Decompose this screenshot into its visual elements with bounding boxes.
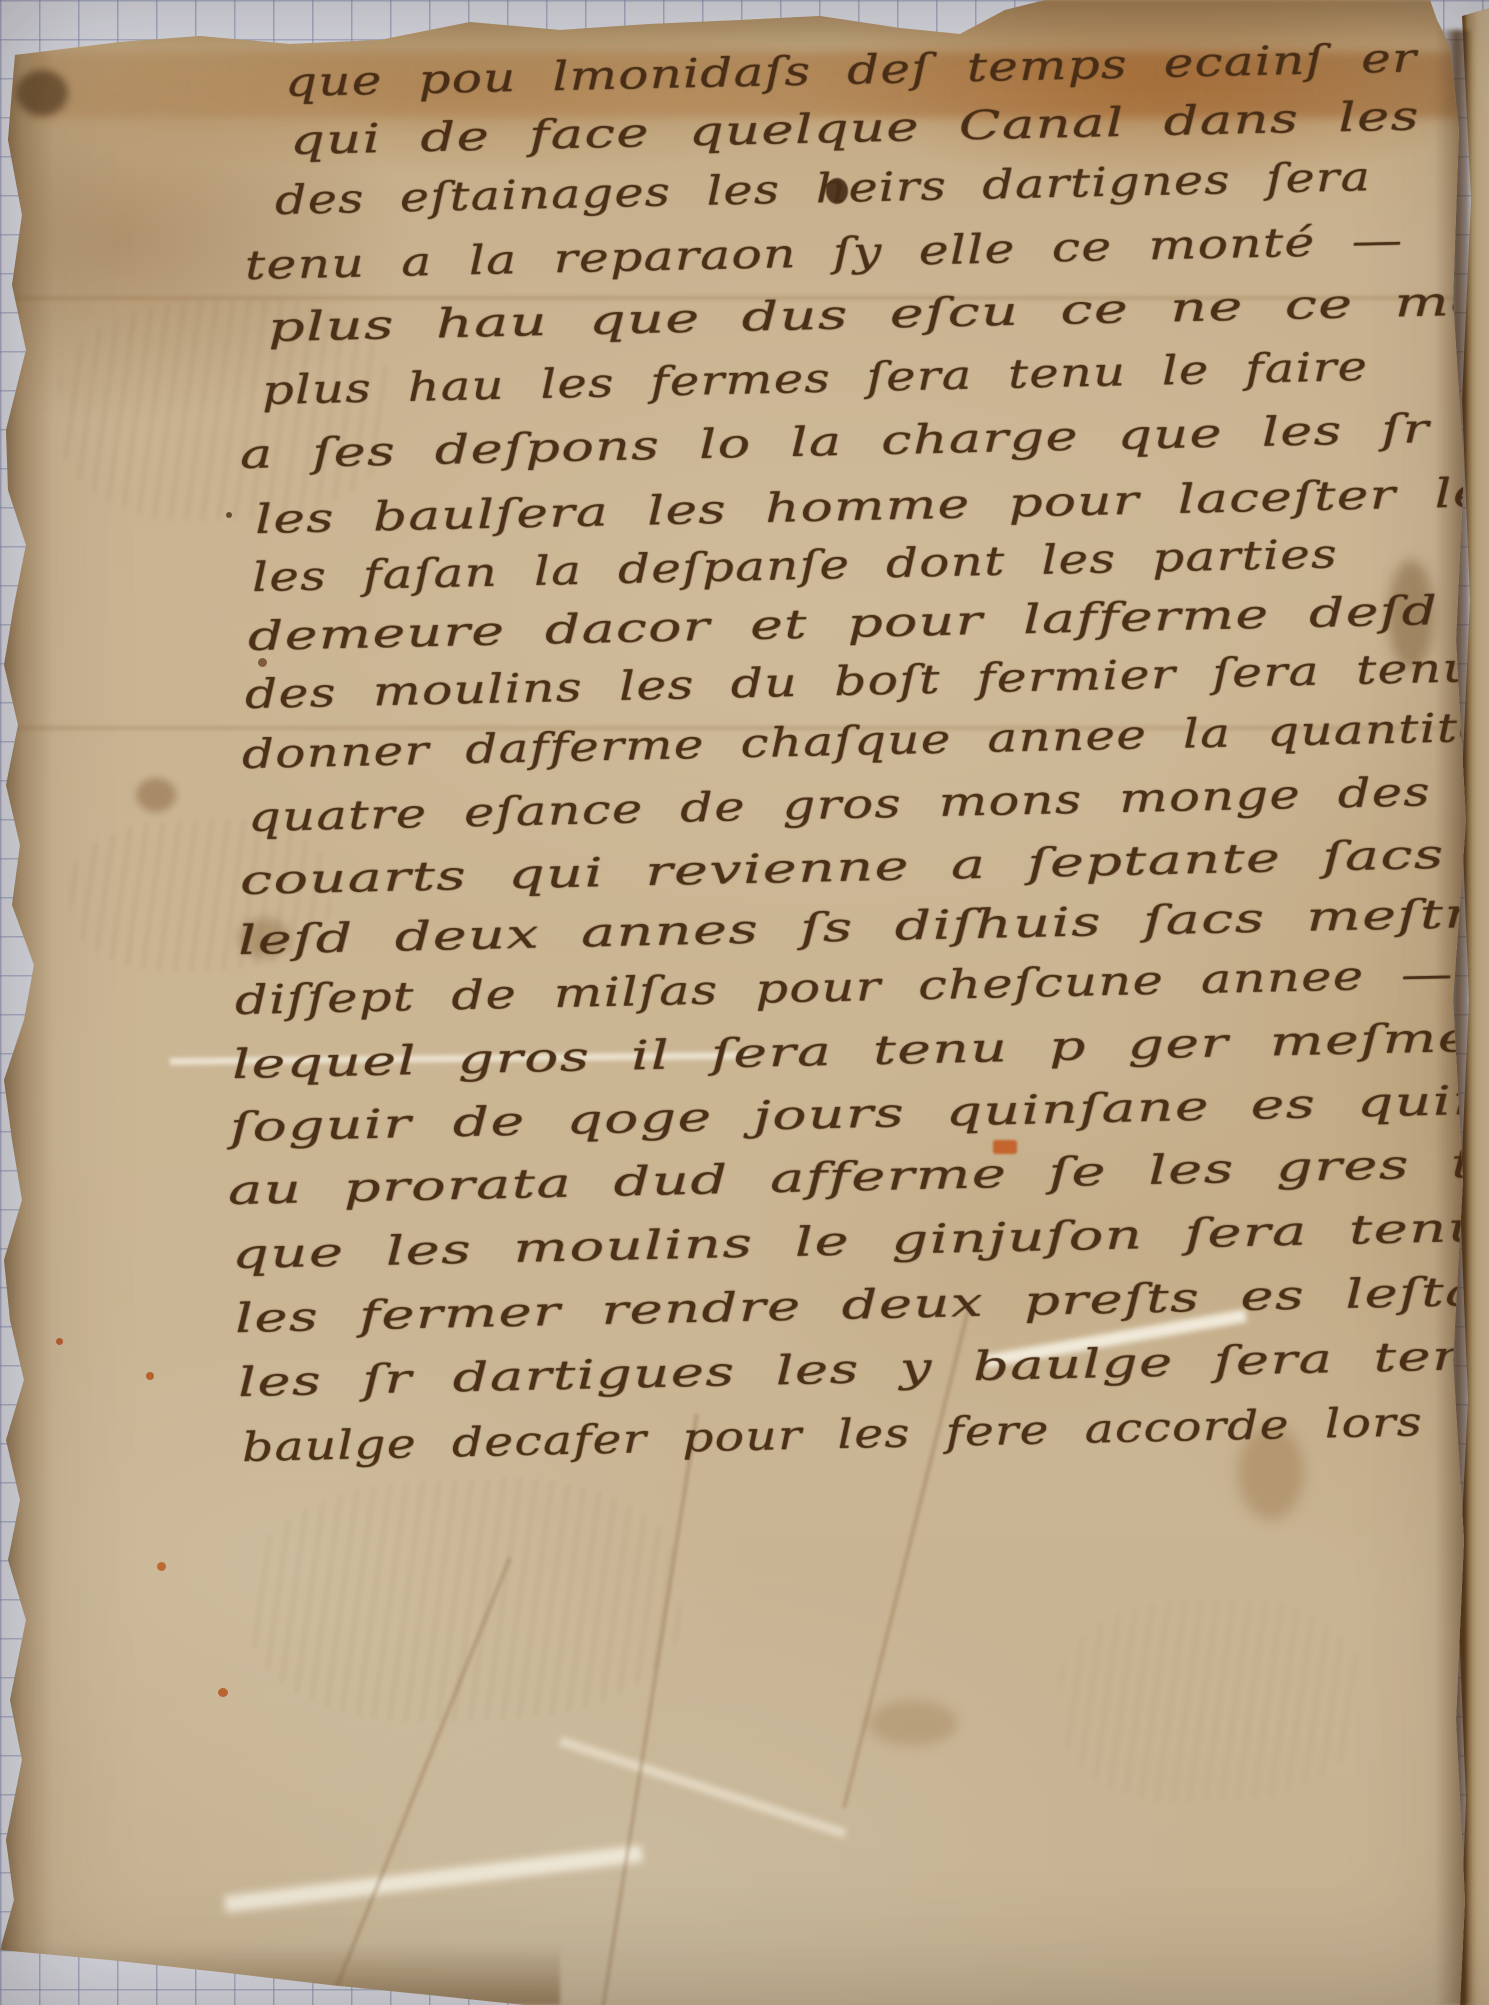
manuscript-line: tenu a la reparaon ſy elle ce monté — — [244, 218, 1403, 289]
manuscript-line: donner dafferme chaſque annee la quantit… — [241, 705, 1489, 778]
manuscript-line: les faſan la deſpanſe dont les parties — [251, 531, 1338, 601]
manuscript-line: baulge decafer pour les fere accorde lor… — [241, 1396, 1489, 1471]
manuscript-line: des moulins les du boſt fermier ſera ten… — [244, 645, 1476, 718]
manuscript-line: plus hau les fermes ſera tenu le faire — [261, 344, 1368, 414]
manuscript-line: que les moulins le ginjuſon ſera tenu — [231, 1205, 1486, 1278]
manuscript-line: couarts qui revienne a ſeptante ſacs pou… — [239, 828, 1489, 904]
manuscript-sheet: que pou lmonidaſs deſ temps ecainſ er qu… — [0, 0, 1489, 2005]
manuscript-line: les fermer rendre deux preſts es leſtan … — [234, 1265, 1489, 1342]
manuscript-photo-canvas: { "colors": { "paper": "#c7b18f", "paper… — [0, 0, 1489, 2005]
manuscript-line: des eſtainages les heirs dartignes ſera — [274, 154, 1371, 224]
manuscript-line: a ſes deſpons lo la charge que les ſr da… — [239, 399, 1489, 478]
manuscript-line: ſoguir de qoge jours quinſane es quinſan… — [229, 1075, 1489, 1151]
manuscript-line: diſſept de milſas pour cheſcune annee — — [234, 951, 1453, 1024]
manuscript-line: plus hau que dus eſcu ce ne ce montan — [267, 275, 1489, 351]
manuscript-line: lequel gros il ſera tenu p ger meſme des — [231, 1012, 1489, 1088]
manuscript-line: au prorata dud afferme ſe les gres tel — [227, 1140, 1489, 1214]
manuscript-line: que pou lmonidaſs deſ temps ecainſ er — [284, 35, 1417, 106]
handwriting-layer: que pou lmonidaſs deſ temps ecainſ er qu… — [0, 0, 1489, 2005]
manuscript-line: leſd deux annes ſs diſhuis ſacs meſtme — [237, 890, 1489, 964]
manuscript-line: les ſr dartigues les y baulge ſera tenu … — [237, 1328, 1489, 1406]
manuscript-line: quatre eſance de gros mons monge des — [247, 769, 1431, 841]
photo-frame: que pou lmonidaſs deſ temps ecainſ er qu… — [0, 0, 1489, 2005]
